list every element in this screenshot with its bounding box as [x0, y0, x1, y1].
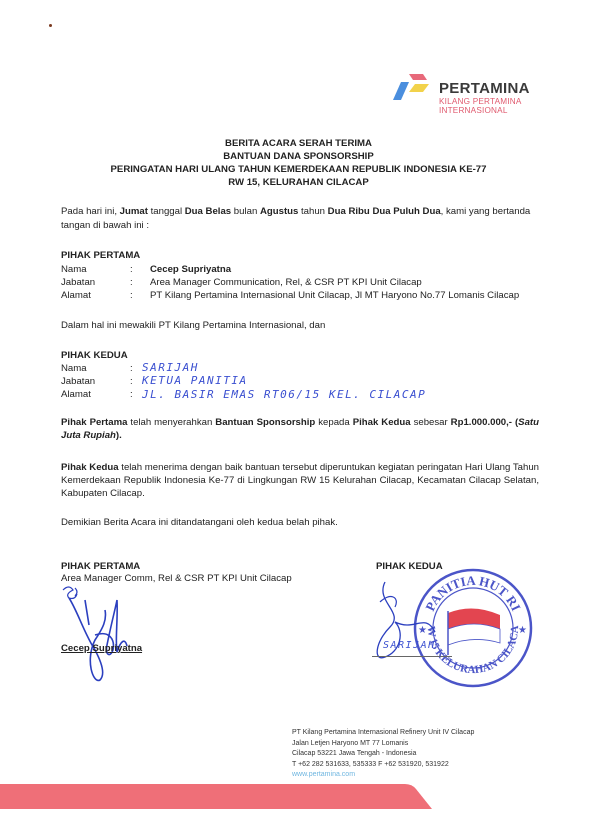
sig-left-heading: PIHAK PERTAMA	[61, 561, 140, 573]
signature-left-icon	[55, 580, 165, 690]
intro-day: Jumat	[120, 206, 148, 217]
pihak-pertama-heading: PIHAK PERTAMA	[61, 250, 140, 262]
intro-text: , kami yang bertanda	[441, 206, 531, 217]
amount: Rp1.000.000,- (	[451, 417, 519, 428]
pertamina-logo-icon	[393, 70, 435, 106]
pihak-pertama-alamat: PT Kilang Pertamina Internasional Unit C…	[150, 290, 519, 302]
sig-right-handwritten-name: SARIJAH	[383, 640, 436, 651]
intro-date: Dua Belas	[185, 206, 231, 217]
represent-text: Dalam hal ini mewakili PT Kilang Pertami…	[61, 320, 325, 332]
intro-text: tanggal	[148, 206, 185, 217]
pihak-kedua-heading: PIHAK KEDUA	[61, 350, 128, 362]
intro-text: bulan	[231, 206, 260, 217]
bold-text: Pihak Kedua	[61, 462, 119, 473]
pihak-pertama-jabatan: Area Manager Communication, Rel, & CSR P…	[150, 277, 422, 289]
intro-text: Pada hari ini,	[61, 206, 120, 217]
text: kepada	[315, 417, 352, 428]
footer-url[interactable]: www.pertamina.com	[292, 770, 474, 781]
colon: :	[130, 290, 133, 302]
logo-sub-1: KILANG PERTAMINA	[439, 97, 522, 106]
colon: :	[130, 389, 133, 401]
sig-left-name: Cecep Supriyatna	[61, 643, 142, 655]
label-jabatan: Jabatan	[61, 277, 95, 289]
intro-line-2: tangan di bawah ini :	[61, 220, 149, 232]
bold-text: Pihak Pertama	[61, 417, 127, 428]
intro-year: Dua Ribu Dua Puluh Dua	[328, 206, 441, 217]
intro-month: Agustus	[260, 206, 298, 217]
intro-text: tahun	[298, 206, 327, 217]
intro-line-1: Pada hari ini, Jumat tanggal Dua Belas b…	[61, 206, 530, 218]
paragraph-handover: Pihak Pertama telah menyerahkan Bantuan …	[61, 416, 539, 442]
logo-name: PERTAMINA	[439, 80, 530, 97]
heading-text: PIHAK PERTAMA	[61, 561, 140, 572]
bold-text: Bantuan Sponsorship	[215, 417, 315, 428]
label-alamat: Alamat	[61, 290, 91, 302]
colon: :	[130, 264, 133, 276]
paragraph-receipt: Pihak Kedua telah menerima dengan baik b…	[61, 461, 539, 500]
pihak-kedua-alamat-handwritten: JL. BASIR EMAS RT06/15 KEL. CILACAP	[142, 388, 426, 401]
doc-title-4: RW 15, KELURAHAN CILACAP	[0, 176, 597, 189]
bold-text: Pihak Kedua	[353, 417, 411, 428]
colon: :	[130, 277, 133, 289]
nama-value: Cecep Supriyatna	[150, 264, 231, 275]
footer-bar	[0, 782, 597, 812]
closing-text: Demikian Berita Acara ini ditandatangani…	[61, 517, 338, 529]
pihak-kedua-jabatan-handwritten: KETUA PANITIA	[142, 374, 248, 387]
signature-right-icon	[365, 572, 455, 672]
doc-title-2: BANTUAN DANA SPONSORSHIP	[0, 150, 597, 163]
pihak-pertama-nama: Cecep Supriyatna	[150, 264, 231, 276]
footer-line-4: T +62 282 531633, 535333 F +62 531920, 5…	[292, 760, 474, 771]
company-logo: PERTAMINA KILANG PERTAMINA INTERNASIONAL	[393, 70, 563, 115]
doc-title-1: BERITA ACARA SERAH TERIMA	[0, 137, 597, 150]
footer-line-2: Jalan Letjen Haryono MT 77 Lomanis	[292, 739, 474, 750]
sig-right-name-line	[372, 656, 452, 657]
heading-text: PIHAK KEDUA	[61, 350, 128, 361]
text: ).	[116, 430, 122, 441]
pihak-kedua-nama-handwritten: SARIJAH	[142, 361, 199, 374]
signer-name: Cecep Supriyatna	[61, 643, 142, 654]
colon: :	[130, 376, 133, 388]
label-nama: Nama	[61, 363, 87, 375]
label-alamat: Alamat	[61, 389, 91, 401]
text: telah menerima dengan baik bantuan terse…	[61, 462, 539, 499]
colon: :	[130, 363, 133, 375]
footer-line-1: PT Kilang Pertamina Internasional Refine…	[292, 728, 474, 739]
label-nama: Nama	[61, 264, 87, 276]
footer-line-3: Cilacap 53221 Jawa Tengah - Indonesia	[292, 749, 474, 760]
label-jabatan: Jabatan	[61, 376, 95, 388]
logo-sub-2: INTERNASIONAL	[439, 106, 508, 115]
footer-address: PT Kilang Pertamina Internasional Refine…	[292, 728, 474, 781]
scan-mark	[49, 24, 52, 27]
doc-title-3: PERINGATAN HARI ULANG TAHUN KEMERDEKAAN …	[0, 163, 597, 176]
svg-text:★: ★	[518, 625, 527, 636]
heading-text: PIHAK PERTAMA	[61, 250, 140, 261]
text: telah menyerahkan	[127, 417, 215, 428]
text: sebesar	[411, 417, 451, 428]
